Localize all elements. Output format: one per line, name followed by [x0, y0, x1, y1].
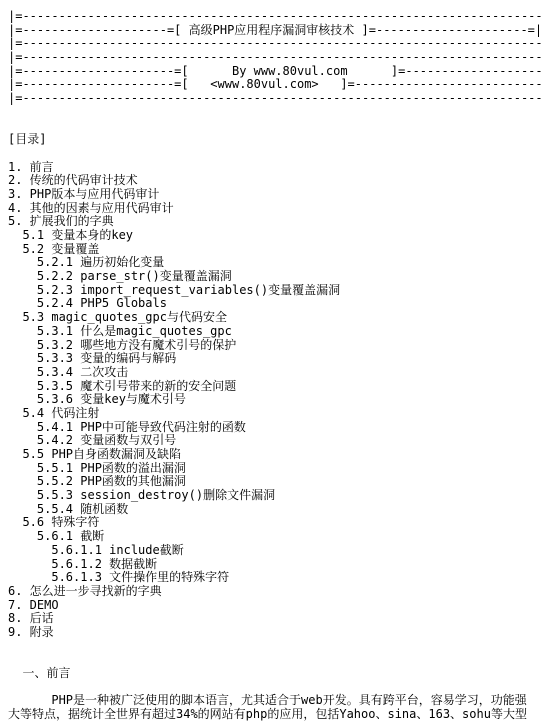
toc-line: 2. 传统的代码审计技术	[8, 174, 533, 188]
ascii-border-line: |=--------------------------------------…	[8, 51, 533, 65]
toc-line: 5.5 PHP自身函数漏洞及缺陷	[8, 448, 533, 462]
intro-paragraph: PHP是一种被广泛使用的脚本语言，尤其适合于web开发。具有跨平台，容易学习，功…	[8, 694, 533, 721]
paragraph-line: 大等特点，据统计全世界有超过34%的网站有php的应用，包括Yahoo、sina…	[8, 708, 533, 722]
toc-line: 5.5.2 PHP函数的其他漏洞	[8, 475, 533, 489]
toc-line: 5.3.1 什么是magic_quotes_gpc	[8, 325, 533, 339]
toc-line: 5.4.2 变量函数与双引号	[8, 434, 533, 448]
toc-line: 5.2.1 遍历初始化变量	[8, 256, 533, 270]
toc-line: 5.3.6 变量key与魔术引号	[8, 393, 533, 407]
ascii-border-line: |=--------------------------------------…	[8, 37, 533, 51]
paragraph-line: PHP是一种被广泛使用的脚本语言，尤其适合于web开发。具有跨平台，容易学习，功…	[8, 694, 533, 708]
toc-line: 7. DEMO	[8, 599, 533, 613]
toc-line: 5.3.3 变量的编码与解码	[8, 352, 533, 366]
toc-line: 6. 怎么进一步寻找新的字典	[8, 585, 533, 599]
toc-line: 5.6.1.1 include截断	[8, 544, 533, 558]
toc-line: 5.3 magic_quotes_gpc与代码安全	[8, 311, 533, 325]
toc-line: 8. 后话	[8, 612, 533, 626]
text-document: |=--------------------------------------…	[0, 0, 541, 723]
toc-line: 3. PHP版本与应用代码审计	[8, 188, 533, 202]
toc-line: 5.6.1.3 文件操作里的特殊字符	[8, 571, 533, 585]
toc-line: 5.1 变量本身的key	[8, 229, 533, 243]
blank-line	[8, 653, 533, 667]
toc-list: 1. 前言 2. 传统的代码审计技术 3. PHP版本与应用代码审计 4. 其他…	[8, 161, 533, 640]
toc-line: 5.4 代码注射	[8, 407, 533, 421]
toc-line: 5.3.4 二次攻击	[8, 366, 533, 380]
ascii-byline-line: |=---------------------=[ By www.80vul.c…	[8, 65, 533, 79]
toc-line: 5. 扩展我们的字典	[8, 215, 533, 229]
toc-line: 5.5.3 session_destroy()删除文件漏洞	[8, 489, 533, 503]
toc-line: 9. 附录	[8, 626, 533, 640]
toc-line: 5.2.3 import_request_variables()变量覆盖漏洞	[8, 284, 533, 298]
toc-heading: [目录]	[8, 133, 533, 147]
ascii-site-line: |=---------------------=[ <www.80vul.com…	[8, 78, 533, 92]
toc-line: 5.6.1 截断	[8, 530, 533, 544]
ascii-border-line: |=--------------------------------------…	[8, 10, 533, 24]
ascii-border-line: |=--------------------------------------…	[8, 92, 533, 106]
blank-line	[8, 147, 533, 161]
blank-line	[8, 120, 533, 134]
blank-line	[8, 106, 533, 120]
ascii-header-box: |=--------------------------------------…	[8, 10, 533, 106]
section-heading: 一、前言	[8, 667, 533, 681]
toc-line: 5.2.2 parse_str()变量覆盖漏洞	[8, 270, 533, 284]
blank-line	[8, 640, 533, 654]
ascii-title-line: |=--------------------=[ 高级PHP应用程序漏洞审核技术…	[8, 24, 533, 38]
